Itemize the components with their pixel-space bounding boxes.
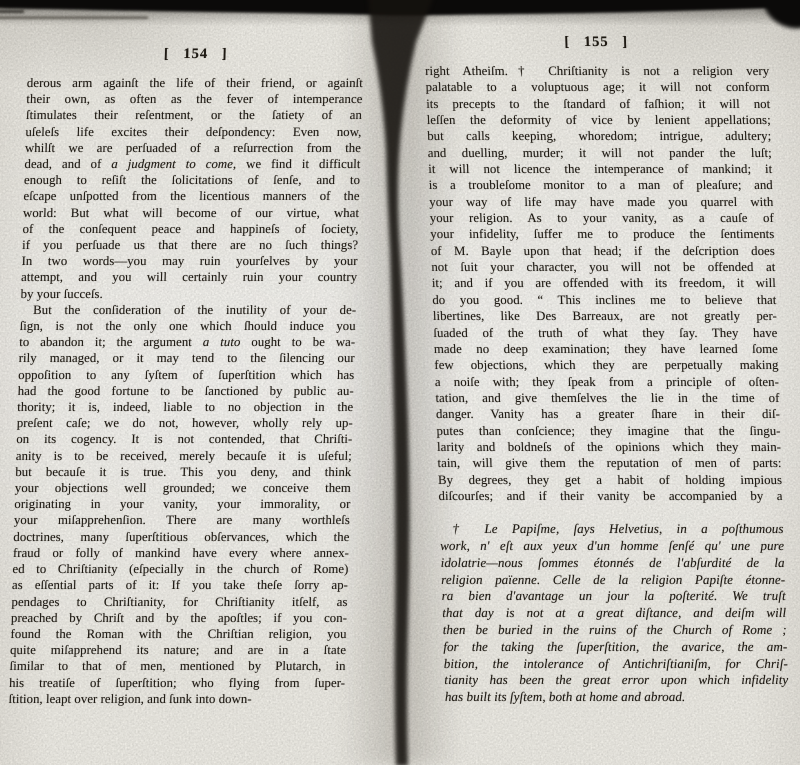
right-page-footnote: † Le Papiſme, ſays Helvetius, in a poſth… [439, 521, 789, 706]
page-number-header-right: [ 155 ] [424, 34, 769, 51]
text-line: tation, and give themſelves the lie in t… [435, 390, 780, 406]
text-segment: diſcourſes; and if their vanity be accom… [438, 489, 782, 503]
scan-edge-top [0, 0, 800, 15]
text-line: bition, the intolerance of Antichriſtian… [444, 656, 789, 673]
text-segment: doctrines, many ſuperſtitious obſervance… [13, 530, 349, 544]
text-segment: found the Roman with the Chriſtian relig… [10, 627, 346, 641]
text-line: on its cogency. It is not contended, tha… [16, 431, 352, 447]
text-segment: work, n' eſt aux yeux d'un homme ſenſé q… [440, 538, 784, 553]
text-segment: right Atheiſm.† Chriſtianity is not a re… [425, 64, 769, 78]
text-segment: but becauſe it is true. This you deny, a… [15, 465, 351, 479]
text-segment: their own, as often as the fever of inte… [26, 92, 362, 106]
text-line: your infidelity, ſuffer me to produce th… [430, 226, 775, 242]
text-line: ſtimulates their reſentment, or the ſati… [26, 107, 362, 123]
text-line: larity and boldneſs of the opinions whic… [437, 439, 782, 455]
text-segment: eſcape unſpotted from the licentious man… [23, 189, 359, 203]
text-segment: if you perſuade us that there are no ſuc… [22, 238, 358, 252]
text-line: uſeleſs life excites their deſpondency: … [25, 124, 361, 140]
text-segment: has built its ſyſtem, both at home and a… [445, 689, 686, 704]
text-segment: that day is not at a great diſtance, and… [442, 605, 786, 620]
text-line: whilſt we are perſuaded of a reſurrectio… [25, 140, 361, 156]
text-line: enough to reſiſt the ſolicitations of ſe… [24, 172, 360, 188]
text-line: not ſuit your character, you will not be… [431, 259, 776, 275]
text-line: has built its ſyſtem, both at home and a… [445, 689, 790, 706]
italic-phrase: a tuto [203, 335, 241, 349]
text-line: had the good fortune to be ſanctioned by… [18, 383, 354, 399]
scan-left-stray-line [0, 17, 148, 19]
text-line: ſuaded of the truth of what they ſay. Th… [433, 325, 778, 341]
text-line: of the conſequent peace and happineſs of… [22, 221, 358, 237]
text-segment: ought to be wa- [240, 335, 355, 349]
page-number-header-left: [ 154 ] [27, 46, 364, 63]
text-line: originating in your vanity, your immoral… [14, 496, 350, 512]
text-segment: of M. Bayle upon that head; if the deſcr… [431, 244, 775, 258]
text-segment: oppoſition to any ſyſtem of ſuperſtition… [18, 368, 354, 382]
text-line: fraud or folly of mankind have every whe… [13, 545, 349, 561]
text-line: rily managed, or it may tend to the ſile… [18, 350, 354, 366]
page-155: [ 155 ] right Atheiſm.† Chriſtianity is … [424, 34, 789, 706]
text-segment: your religion. As to your vanity, as a c… [430, 211, 774, 225]
text-segment: libertines, like Des Barreaux, are not g… [433, 309, 777, 323]
text-line: ſign, is not the only one which ſhould i… [19, 318, 355, 334]
text-segment: ra bien d'avantage un jour la poſterité.… [441, 588, 785, 603]
text-line: of M. Bayle upon that head; if the deſcr… [431, 243, 776, 259]
text-segment: danger. Vanity has a greater ſhare in th… [436, 407, 780, 421]
text-line: world: But what will become of our virtu… [23, 205, 359, 221]
text-segment: do you good. “ This inclines me to belie… [432, 293, 776, 307]
text-line: preſent caſe; we do not, however, wholly… [17, 415, 353, 431]
text-segment: originating in your vanity, your immoral… [14, 497, 350, 511]
text-segment: had the good fortune to be ſanctioned by… [18, 384, 354, 398]
text-segment: but calls keeping, whoredom; intrigue, a… [427, 129, 771, 143]
text-segment: But the conſideration of the inutility o… [33, 303, 356, 317]
text-segment: derous arm againſt the life of their fri… [27, 76, 363, 90]
text-line: eſcape unſpotted from the licentious man… [23, 188, 359, 204]
text-segment: ſtition, leapt over religion, and ſunk i… [8, 692, 251, 706]
text-segment: and duelling, murder; it will not pander… [428, 146, 772, 160]
text-line: and duelling, murder; it will not pander… [427, 145, 772, 161]
text-line: it; and if you are offended with its fre… [432, 275, 777, 291]
text-segment: religion païenne. Celle de la religion P… [441, 572, 785, 587]
text-segment: tain, will give them the reputation of m… [437, 456, 781, 470]
text-segment: tianity has been the great error upon wh… [444, 672, 788, 687]
text-line: danger. Vanity has a greater ſhare in th… [436, 406, 781, 422]
text-line: as eſſential parts of it: If you take th… [12, 577, 348, 593]
text-segment: fraud or folly of mankind have every whe… [13, 546, 349, 560]
text-line: derous arm againſt the life of their fri… [27, 75, 363, 91]
text-segment: whilſt we are perſuaded of a reſurrectio… [25, 141, 361, 155]
text-line: preached by Chriſt and by the apoſtles; … [11, 610, 347, 626]
text-segment: , we find it difficult [233, 157, 361, 171]
text-line: In two words—you may ruin yourſelves by … [21, 253, 357, 269]
text-segment: In two words—you may ruin yourſelves by … [21, 254, 357, 268]
text-line: doctrines, many ſuperſtitious obſervance… [13, 529, 349, 545]
text-line: if you perſuade us that there are no ſuc… [22, 237, 358, 253]
text-line: its precepts to the ſtandard of faſhion;… [426, 96, 771, 112]
text-segment: bition, the intolerance of Antichriſtian… [444, 656, 788, 671]
text-segment: made no deep examination; they have lear… [434, 342, 778, 356]
text-line: do you good. “ This inclines me to belie… [432, 292, 777, 308]
text-line: But the conſideration of the inutility o… [20, 302, 356, 318]
text-segment: enough to reſiſt the ſolicitations of ſe… [24, 173, 360, 187]
text-segment: few objections, which they are perpetual… [434, 358, 778, 372]
text-segment: rily managed, or it may tend to the ſile… [19, 351, 355, 365]
text-segment: pendages to Chriſtianity, for Chriſtiani… [11, 595, 347, 609]
text-line: religion païenne. Celle de la religion P… [441, 572, 786, 589]
text-line: work, n' eſt aux yeux d'un homme ſenſé q… [440, 538, 785, 555]
text-line: your religion. As to your vanity, as a c… [430, 210, 775, 226]
text-line: palatable to a voluptuous age; it will n… [425, 79, 770, 95]
text-line: diſcourſes; and if their vanity be accom… [438, 488, 783, 504]
italic-phrase: a judgment to come [111, 157, 233, 171]
text-line: ra bien d'avantage un jour la poſterité.… [441, 588, 786, 605]
text-line: to abandon it; the argument a tuto ought… [19, 334, 355, 350]
text-line: pendages to Chriſtianity, for Chriſtiani… [11, 594, 347, 610]
text-line: idolatrie—nous ſommes étonnés de l'abſur… [440, 555, 785, 572]
text-segment: dead, and of [24, 157, 111, 171]
text-line: found the Roman with the Chriſtian relig… [10, 626, 346, 642]
text-segment: idolatrie—nous ſommes étonnés de l'abſur… [440, 555, 784, 570]
text-line: then be buried in the ruins of the Churc… [442, 622, 787, 639]
text-line: by your ſucceſs. [20, 286, 356, 302]
text-segment: By degrees, they get a habit of holding … [438, 473, 782, 487]
text-segment: uſeleſs life excites their deſpondency: … [25, 125, 361, 139]
left-page-text: derous arm againſt the life of their fri… [8, 75, 363, 707]
text-line: your miſapprehenſion. There are many wor… [14, 512, 350, 528]
text-segment: thority; it is, indeed, liable to no obj… [17, 400, 353, 414]
text-segment: his treatiſe of ſuperſtition; who flying… [9, 676, 345, 690]
text-segment: is a troubleſome monitor to a man of ple… [429, 178, 773, 192]
text-segment: your miſapprehenſion. There are many wor… [14, 513, 350, 527]
text-segment: putes than conſcience; they imagine that… [436, 424, 780, 438]
text-segment: ſuaded of the truth of what they ſay. Th… [433, 326, 777, 340]
text-segment: ed to Chriſtianity (eſpecially in the ch… [12, 562, 348, 576]
text-line: quite miſapprehend its nature; and are i… [10, 642, 346, 658]
text-segment: your way of life may have made you quarr… [429, 195, 773, 209]
text-segment: not ſuit your character, you will not be… [431, 260, 775, 274]
text-line: putes than conſcience; they imagine that… [436, 423, 781, 439]
text-segment: preached by Chriſt and by the apoſtles; … [11, 611, 347, 625]
text-line: tianity has been the great error upon wh… [444, 672, 789, 689]
text-segment: its precepts to the ſtandard of faſhion;… [426, 97, 770, 111]
scan-left-stray-tick [0, 10, 24, 13]
text-line: their own, as often as the fever of inte… [26, 91, 362, 107]
text-segment: a noiſe with; they ſpeak from a principl… [435, 375, 779, 389]
text-segment: palatable to a voluptuous age; it will n… [425, 80, 769, 94]
text-line: oppoſition to any ſyſtem of ſuperſtition… [18, 367, 354, 383]
text-segment: as eſſential parts of it: If you take th… [12, 578, 348, 592]
right-page-text: right Atheiſm.† Chriſtianity is not a re… [425, 63, 783, 504]
text-line: for the taking the ſuperſtition, the ava… [443, 639, 788, 656]
text-line: is a troubleſome monitor to a man of ple… [429, 177, 774, 193]
text-line: right Atheiſm.† Chriſtianity is not a re… [425, 63, 770, 79]
text-segment: tation, and give themſelves the lie in t… [435, 391, 779, 405]
text-segment: your objections well grounded; we concei… [15, 481, 351, 495]
text-line: ſimilar to that of men, mentioned by Plu… [9, 658, 345, 674]
text-segment: ſimilar to that of men, mentioned by Plu… [9, 659, 345, 673]
text-line: your objections well grounded; we concei… [15, 480, 351, 496]
text-segment: ſign, is not the only one which ſhould i… [19, 319, 355, 333]
text-line: your way of life may have made you quarr… [429, 194, 774, 210]
text-segment: ſtimulates their reſentment, or the ſati… [26, 108, 362, 122]
scan-top-shadow [0, 0, 800, 26]
text-line: made no deep examination; they have lear… [434, 341, 779, 357]
book-scan: [ 154 ] derous arm againſt the life of t… [0, 0, 800, 765]
book-gutter-shadow [368, 0, 434, 765]
text-segment: † Le Papiſme, ſays Helvetius, in a poſth… [452, 521, 783, 536]
text-segment: larity and boldneſs of the opinions whic… [437, 440, 781, 454]
text-segment: anity is to be received, merely becauſe … [16, 449, 352, 463]
text-line: but becauſe it is true. This you deny, a… [15, 464, 351, 480]
text-line: ed to Chriſtianity (eſpecially in the ch… [12, 561, 348, 577]
text-segment: for the taking the ſuperſtition, the ava… [443, 639, 787, 654]
text-line: tain, will give them the reputation of m… [437, 455, 782, 471]
text-segment: attempt, and you will certainly ruin you… [21, 270, 357, 284]
text-line: a noiſe with; they ſpeak from a principl… [435, 374, 780, 390]
text-line: † Le Papiſme, ſays Helvetius, in a poſth… [439, 521, 784, 538]
text-line: it will not licence the intemperance of … [428, 161, 773, 177]
text-segment: by your ſucceſs. [20, 287, 103, 301]
text-segment: of the conſequent peace and happineſs of… [22, 222, 358, 236]
text-line: attempt, and you will certainly ruin you… [21, 269, 357, 285]
text-line: libertines, like Des Barreaux, are not g… [433, 308, 778, 324]
text-line: leſſen the deformity of vice by lenient … [426, 112, 771, 128]
scan-corner-mark [758, 0, 800, 36]
text-segment: then be buried in the ruins of the Churc… [442, 622, 786, 637]
text-segment: to abandon it; the argument [19, 335, 203, 349]
text-line: few objections, which they are perpetual… [434, 357, 779, 373]
text-line: but calls keeping, whoredom; intrigue, a… [427, 128, 772, 144]
text-segment: it will not licence the intemperance of … [428, 162, 772, 176]
text-line: By degrees, they get a habit of holding … [438, 472, 783, 488]
page-154: [ 154 ] derous arm againſt the life of t… [8, 46, 364, 707]
text-segment: it; and if you are offended with its fre… [432, 276, 776, 290]
text-segment: your infidelity, ſuffer me to produce th… [430, 227, 774, 241]
text-line: thority; it is, indeed, liable to no obj… [17, 399, 353, 415]
text-line: his treatiſe of ſuperſtition; who flying… [9, 675, 345, 691]
text-segment: world: But what will become of our virtu… [23, 206, 359, 220]
text-line: anity is to be received, merely becauſe … [16, 448, 352, 464]
text-line: dead, and of a judgment to come, we find… [24, 156, 360, 172]
text-line: ſtition, leapt over religion, and ſunk i… [8, 691, 344, 707]
text-segment: quite miſapprehend its nature; and are i… [10, 643, 346, 657]
text-segment: on its cogency. It is not contended, tha… [16, 432, 352, 446]
text-segment: leſſen the deformity of vice by lenient … [426, 113, 770, 127]
text-segment: preſent caſe; we do not, however, wholly… [17, 416, 353, 430]
text-line: that day is not at a great diſtance, and… [442, 605, 787, 622]
